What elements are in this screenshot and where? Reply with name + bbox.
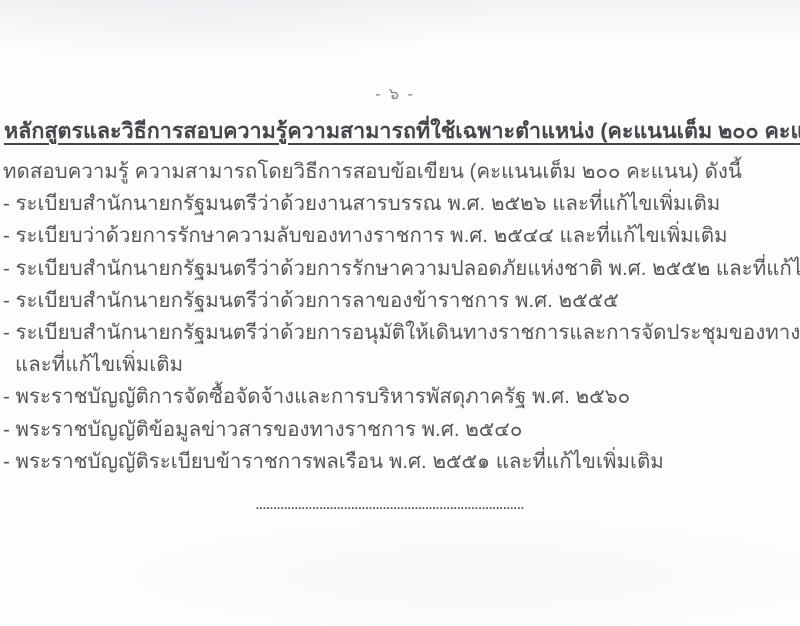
list-item: - พระราชบัญญัติระเบียบข้าราชการพลเรือน พ… bbox=[3, 446, 800, 478]
dotted-separator: ........................................… bbox=[0, 498, 780, 512]
document-body: ทดสอบความรู้ ความสามารถโดยวิธีการสอบข้อเ… bbox=[3, 156, 800, 478]
list-item: - พระราชบัญญัติการจัดซื้อจัดจ้างและการบร… bbox=[3, 381, 800, 413]
list-item: - ระเบียบสำนักนายกรัฐมนตรีว่าด้วยงานสารบ… bbox=[3, 188, 800, 220]
document-page: - ๖ - หลักสูตรและวิธีการสอบความรู้ความสา… bbox=[0, 0, 800, 626]
intro-line: ทดสอบความรู้ ความสามารถโดยวิธีการสอบข้อเ… bbox=[3, 156, 800, 188]
section-heading: หลักสูตรและวิธีการสอบความรู้ความสามารถที… bbox=[4, 114, 800, 148]
list-item: - ระเบียบสำนักนายกรัฐมนตรีว่าด้วยการรักษ… bbox=[3, 253, 800, 285]
list-item-continuation: และที่แก้ไขเพิ่มเติม bbox=[3, 349, 800, 381]
list-item: - ระเบียบว่าด้วยการรักษาความลับของทางราช… bbox=[3, 220, 800, 252]
list-item: - ระเบียบสำนักนายกรัฐมนตรีว่าด้วยการลาขอ… bbox=[3, 285, 800, 317]
list-item: - ระเบียบสำนักนายกรัฐมนตรีว่าด้วยการอนุม… bbox=[3, 317, 800, 349]
list-item: - พระราชบัญญัติข้อมูลข่าวสารของทางราชการ… bbox=[3, 414, 800, 446]
page-number: - ๖ - bbox=[0, 82, 790, 107]
